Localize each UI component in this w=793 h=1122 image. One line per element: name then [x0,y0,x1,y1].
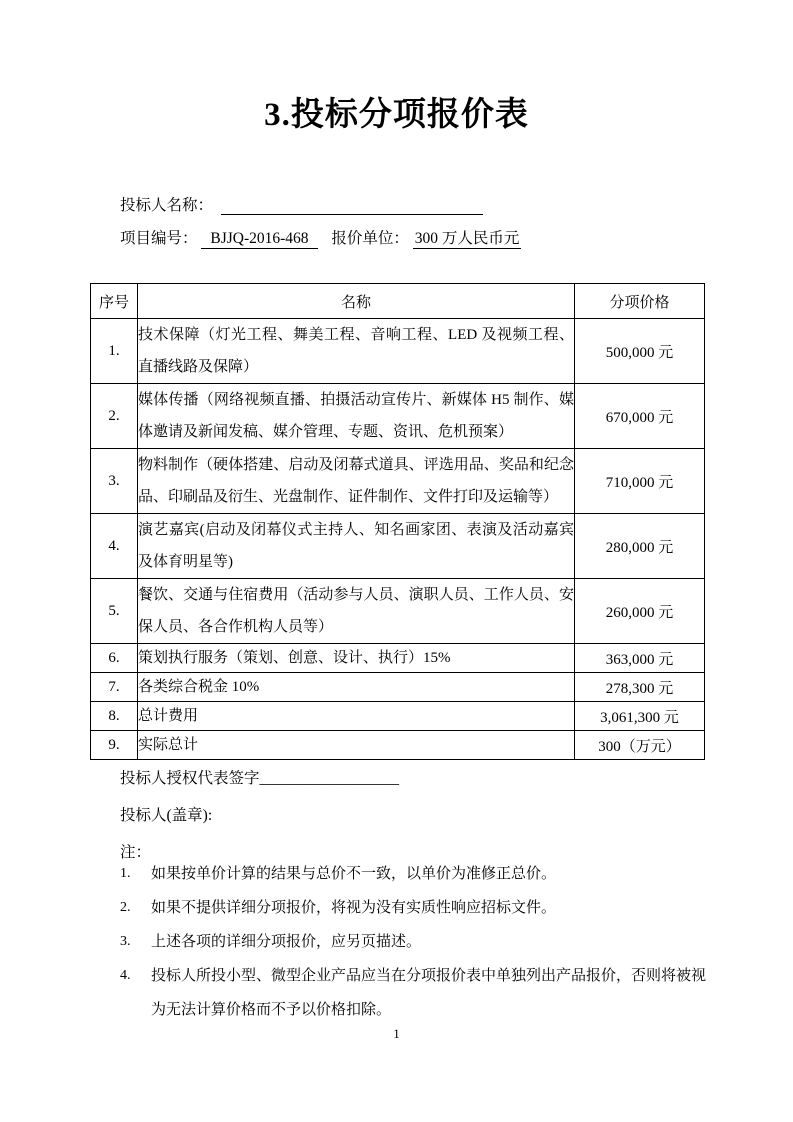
header-item-name: 名称 [138,284,575,319]
row-price: 300（万元） [575,731,705,760]
row-serial: 3. [91,449,138,514]
row-price: 500,000 元 [575,319,705,384]
row-serial: 1. [91,319,138,384]
row-name: 物料制作（硬体搭建、启动及闭幕式道具、评选用品、奖品和纪念品、印刷品及衍生、光盘… [138,449,575,514]
itemized-price-table: 序号 名称 分项价格 1. 技术保障（灯光工程、舞美工程、音响工程、LED 及视… [90,283,705,760]
header-serial-number: 序号 [91,284,138,319]
note-number: 3. [120,925,151,959]
header-item-price: 分项价格 [575,284,705,319]
row-price: 710,000 元 [575,449,705,514]
row-price: 278,300 元 [575,673,705,702]
note-item: 1. 如果按单价计算的结果与总价不一致，以单价为准修正总价。 [120,857,706,891]
table-row: 5. 餐饮、交通与住宿费用（活动参与人员、演职人员、工作人员、安保人员、各合作机… [91,579,705,644]
table-row: 6. 策划执行服务（策划、创意、设计、执行）15% 363,000 元 [91,644,705,673]
table-row: 3. 物料制作（硬体搭建、启动及闭幕式道具、评选用品、奖品和纪念品、印刷品及衍生… [91,449,705,514]
note-item: 3. 上述各项的详细分项报价，应另页描述。 [120,925,706,959]
signature-label: 投标人授权代表签字 [120,770,260,787]
page-number: 1 [0,1026,793,1042]
bidder-name-label: 投标人名称： [120,197,213,214]
row-price: 363,000 元 [575,644,705,673]
row-price: 280,000 元 [575,514,705,579]
note-number: 2. [120,891,151,925]
table-row: 1. 技术保障（灯光工程、舞美工程、音响工程、LED 及视频工程、直播线路及保障… [91,319,705,384]
note-text: 投标人所投小型、微型企业产品应当在分项报价表中单独列出产品报价，否则将被视为无法… [151,959,706,1027]
note-number: 4. [120,959,151,993]
row-name: 策划执行服务（策划、创意、设计、执行）15% [138,644,575,673]
table-row: 4. 演艺嘉宾(启动及闭幕仪式主持人、知名画家团、表演及活动嘉宾及体育明星等) … [91,514,705,579]
note-item: 2. 如果不提供详细分项报价，将视为没有实质性响应招标文件。 [120,891,706,925]
page-title: 3.投标分项报价表 [0,88,793,135]
bidder-seal-line: 投标人(盖章): [120,803,212,825]
note-text: 上述各项的详细分项报价，应另页描述。 [151,925,706,959]
row-name: 技术保障（灯光工程、舞美工程、音响工程、LED 及视频工程、直播线路及保障） [138,319,575,384]
row-serial: 7. [91,673,138,702]
note-text: 如果按单价计算的结果与总价不一致，以单价为准修正总价。 [151,857,706,891]
project-number-label: 项目编号： [120,230,198,247]
table-row: 2. 媒体传播（网络视频直播、拍摄活动宣传片、新媒体 H5 制作、媒体邀请及新闻… [91,384,705,449]
row-serial: 6. [91,644,138,673]
table-row: 7. 各类综合税金 10% 278,300 元 [91,673,705,702]
project-number-value: BJJQ-2016-468 [201,230,317,249]
quote-unit-label: 报价单位： [331,230,409,247]
authorized-representative-signature-line: 投标人授权代表签字__________________ [120,766,399,788]
row-name: 各类综合税金 10% [138,673,575,702]
row-name: 餐饮、交通与住宿费用（活动参与人员、演职人员、工作人员、安保人员、各合作机构人员… [138,579,575,644]
note-item: 4. 投标人所投小型、微型企业产品应当在分项报价表中单独列出产品报价，否则将被视… [120,959,706,1027]
row-name: 媒体传播（网络视频直播、拍摄活动宣传片、新媒体 H5 制作、媒体邀请及新闻发稿、… [138,384,575,449]
bidder-name-blank-field [221,197,483,215]
row-price: 670,000 元 [575,384,705,449]
row-serial: 9. [91,731,138,760]
row-name: 演艺嘉宾(启动及闭幕仪式主持人、知名画家团、表演及活动嘉宾及体育明星等) [138,514,575,579]
bidder-name-line: 投标人名称： [120,193,483,215]
project-number-line: 项目编号： BJJQ-2016-468 报价单位： 300 万人民币元 [120,226,521,248]
row-serial: 8. [91,702,138,731]
table-row: 9. 实际总计 300（万元） [91,731,705,760]
quote-unit-value: 300 万人民币元 [413,230,522,249]
row-price: 260,000 元 [575,579,705,644]
signature-blank-field: __________________ [260,770,400,787]
row-name: 实际总计 [138,731,575,760]
document-page: 3.投标分项报价表 投标人名称： 项目编号： BJJQ-2016-468 报价单… [0,0,793,1122]
table-row: 8. 总计费用 3,061,300 元 [91,702,705,731]
row-serial: 5. [91,579,138,644]
note-number: 1. [120,857,151,891]
row-price: 3,061,300 元 [575,702,705,731]
notes-list: 1. 如果按单价计算的结果与总价不一致，以单价为准修正总价。 2. 如果不提供详… [120,857,706,1027]
table-header-row: 序号 名称 分项价格 [91,284,705,319]
row-serial: 4. [91,514,138,579]
row-serial: 2. [91,384,138,449]
note-text: 如果不提供详细分项报价，将视为没有实质性响应招标文件。 [151,891,706,925]
row-name: 总计费用 [138,702,575,731]
